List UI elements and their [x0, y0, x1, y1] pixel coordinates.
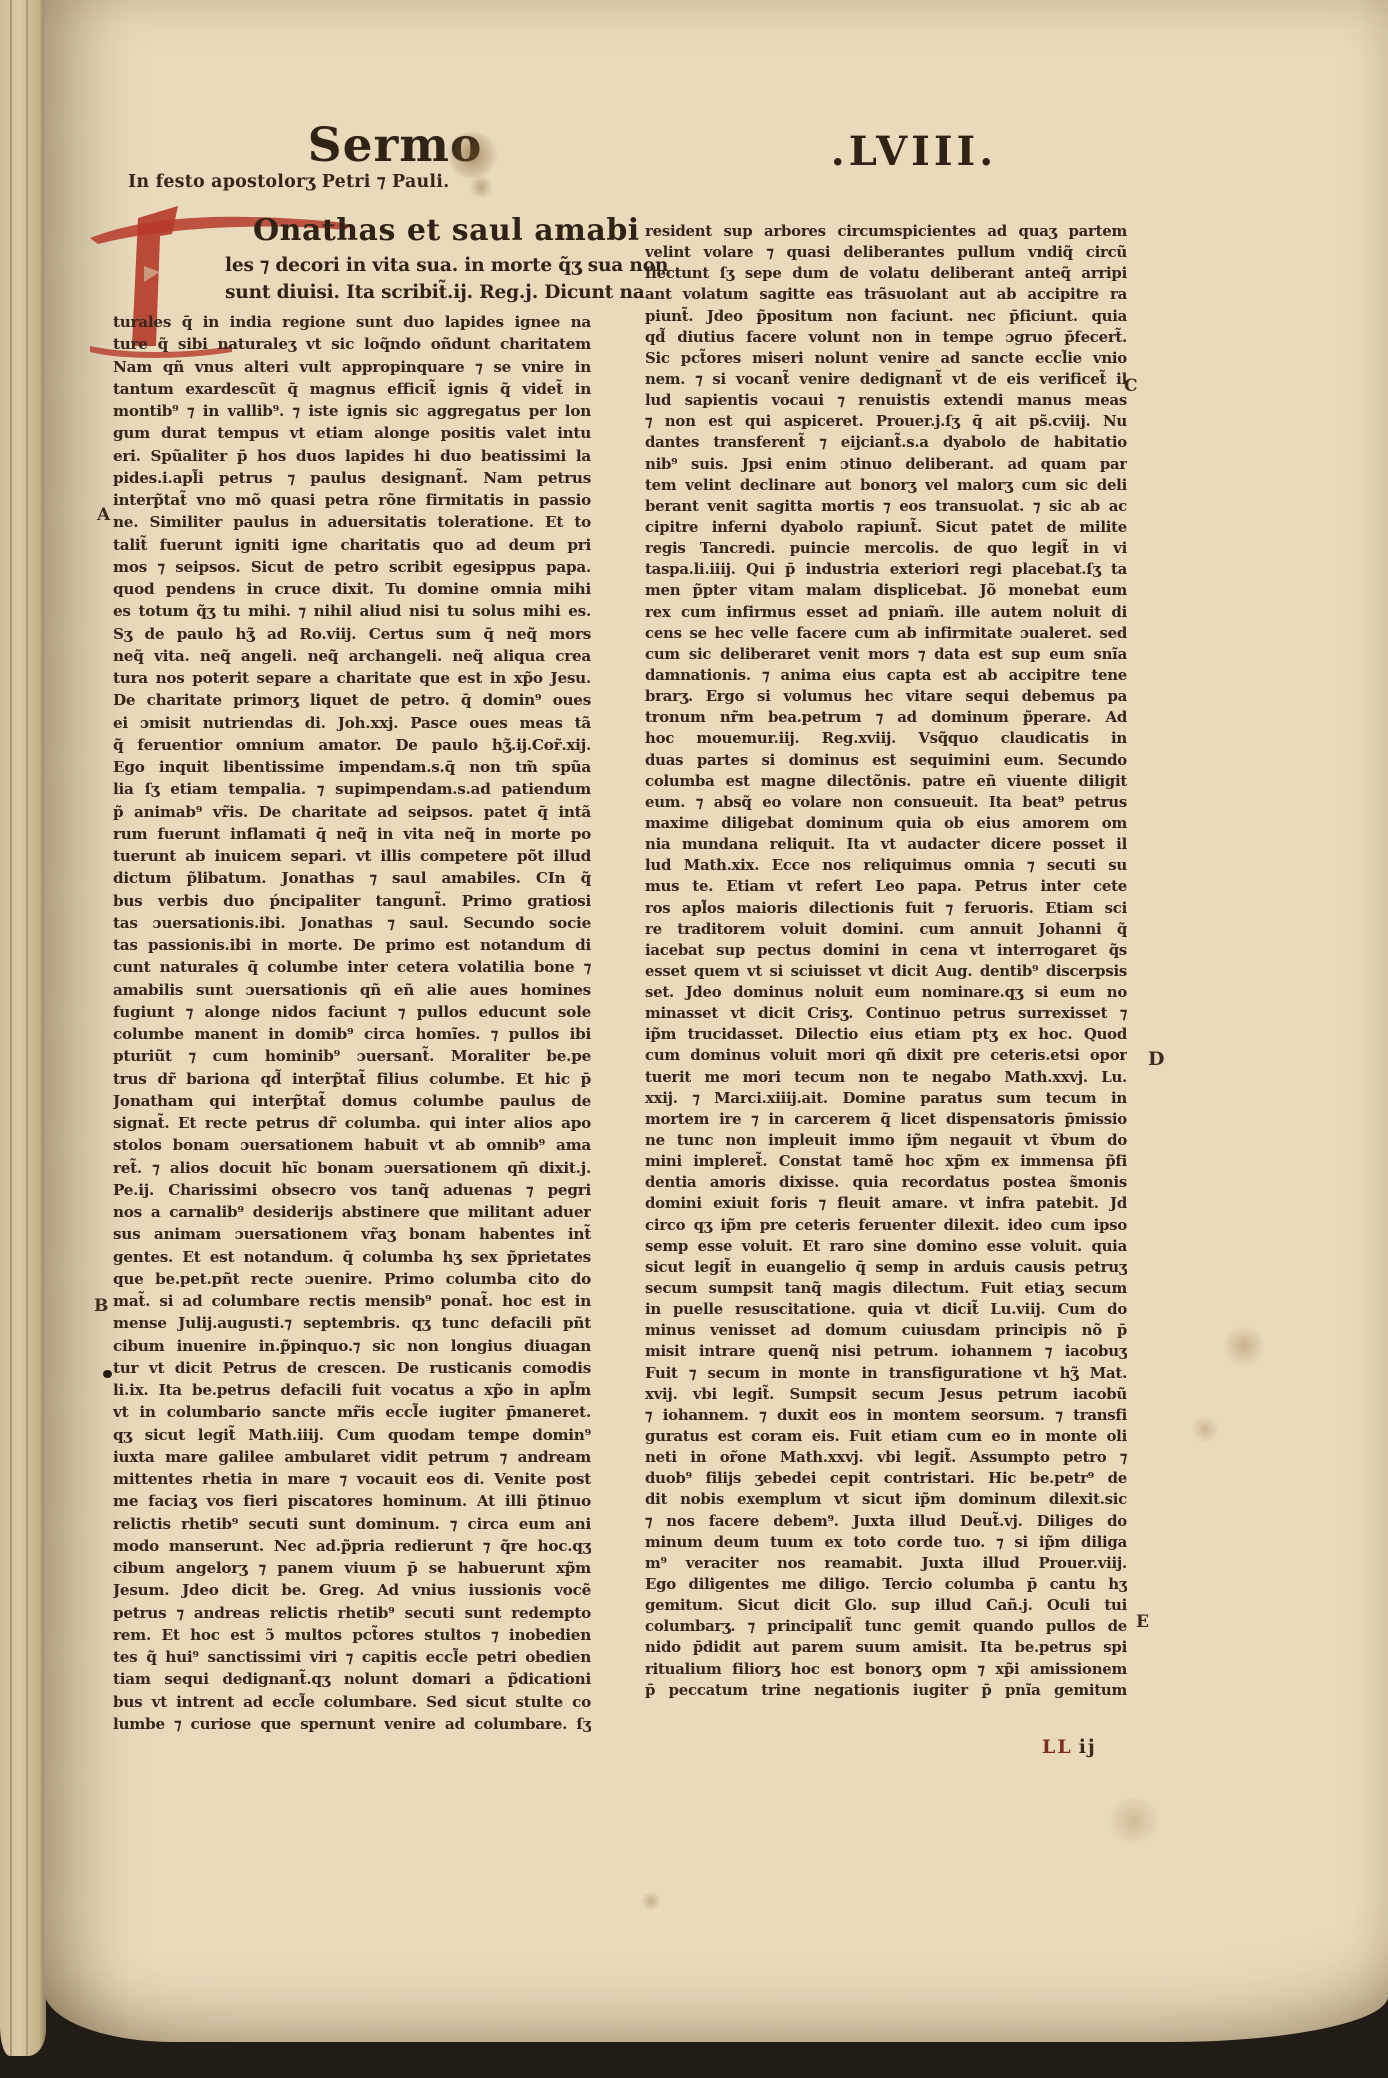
running-title-left: Sermo [280, 118, 510, 173]
text-line: Nam qñ vnus alteri vult appropinquare ⁊ … [113, 356, 591, 378]
text-line: cum dominus voluit mori qñ dixit pre cet… [645, 1045, 1127, 1066]
rubric-heading: In festo apostolorʒ Petri ⁊ Pauli. [128, 172, 449, 192]
text-line: Ego diligentes me diligo. Tercio columba… [645, 1574, 1127, 1595]
text-line: cum sic deliberaret venit mors ⁊ data es… [645, 644, 1127, 665]
text-line: tuerunt ab inuicem separi. vt illis comp… [113, 845, 591, 867]
scan-backdrop: { "header": { "left_title": "Sermo", "ri… [0, 0, 1388, 2078]
text-line: Fuit ⁊ secum in monte in transfiguration… [645, 1363, 1127, 1384]
text-line: De charitate primorʒ liquet de petro. q̄… [113, 689, 591, 711]
text-line: relictis rhetib⁹ secuti sunt dominum. ⁊ … [113, 1513, 591, 1535]
text-line: columba est magne dilectõnis. patre eñ v… [645, 771, 1127, 792]
text-line: circo qʒ ip̃m pre ceteris feruenter dile… [645, 1215, 1127, 1236]
text-line: me faciaʒ vos fieri piscatores hominum. … [113, 1490, 591, 1512]
text-line: ei ɔmisit nutriendas di. Joh.xxj. Pasce … [113, 712, 591, 734]
text-line: regis Tancredi. puincie mercolis. de quo… [645, 538, 1127, 559]
book-gutter-edge [0, 0, 46, 2056]
text-line: duas partes si dominus est sequimini eum… [645, 750, 1127, 771]
text-line: tantum exardescũt q̄ magnus efficit̃ ign… [113, 378, 591, 400]
text-line: mittentes rhetia in mare ⁊ vocauit eos d… [113, 1468, 591, 1490]
text-line: guratus est coram eis. Fuit etiam cum eo… [645, 1426, 1127, 1447]
text-line: m⁹ veraciter nos reamabit. Juxta illud P… [645, 1553, 1127, 1574]
text-line: pturiũt ⁊ cum hominib⁹ ɔuersant̃. Morali… [113, 1045, 591, 1067]
text-line: hoc mouemur.iij. Reg.xviij. Vsq̃quo clau… [645, 728, 1127, 749]
text-line: interp̃tat̃ vno mõ quasi petra rõne firm… [113, 489, 591, 511]
quire-signature: LLij [1042, 1736, 1097, 1758]
text-line: p̄ peccatum trine negationis iugiter p̄ … [645, 1680, 1127, 1701]
text-line: trus dr̃ bariona qd̃ interp̃tat̃ filius … [113, 1068, 591, 1090]
text-line: velint volare ⁊ quasi deliberantes pullu… [645, 242, 1127, 263]
margin-letter-e: E [1136, 1612, 1149, 1632]
text-line: cens se hec velle facere cum ab infirmit… [645, 623, 1127, 644]
text-line: columbe manent in domib⁹ circa homĩes. ⁊… [113, 1023, 591, 1045]
text-line: rex cum infirmus esset ad pniam̃. ille a… [645, 602, 1127, 623]
text-line: ⁊ nos facere debem⁹. Juxta illud Deut̃.v… [645, 1511, 1127, 1532]
margin-letter-d: D [1148, 1048, 1164, 1070]
text-line: petrus ⁊ andreas relictis rhetib⁹ secuti… [113, 1602, 591, 1624]
text-line: tes q̃ hui⁹ sanctissimi viri ⁊ capitis e… [113, 1646, 591, 1668]
text-line: Jonatham qui interp̃tat̃ domus columbe p… [113, 1090, 591, 1112]
text-line: talit̃ fuerunt igniti igne charitatis qu… [113, 534, 591, 556]
signature-suffix: ij [1079, 1736, 1097, 1758]
text-line: iuxta mare galilee ambularet vidit petru… [113, 1446, 591, 1468]
text-line: iacebat sup pectus domini in cena vt int… [645, 940, 1127, 961]
text-line: xxij. ⁊ Marci.xiiij.ait. Domine paratus … [645, 1088, 1127, 1109]
text-line: dentia amoris dixisse. quia recordatus p… [645, 1172, 1127, 1193]
margin-letter-c: C [1124, 376, 1138, 396]
text-line: tur vt dicit Petrus de crescen. De rusti… [113, 1357, 591, 1379]
text-line: dit nobis exemplum vt sicut ip̃m dominum… [645, 1489, 1127, 1510]
text-line: ne. Similiter paulus in aduersitatis tol… [113, 511, 591, 533]
incipit-line-large: Onathas et saul amabi [253, 210, 591, 252]
text-line: neq̃ vita. neq̃ angeli. neq̃ archangeli.… [113, 645, 591, 667]
text-line: ret̃. ⁊ alios docuit hĩc bonam ɔuersatio… [113, 1157, 591, 1179]
text-line: lia ſʒ etiam tempalia. ⁊ supimpendam.s.a… [113, 778, 591, 800]
text-line: cipitre inferni dyabolo rapiunt̃. Sicut … [645, 517, 1127, 538]
text-line: Sic pct̃ores miseri nolunt venire ad san… [645, 348, 1127, 369]
text-line: secum sumpsit tanq̃ magis dilectum. Fuit… [645, 1278, 1127, 1299]
text-line: mat̃. si ad columbare rectis mensib⁹ pon… [113, 1290, 591, 1312]
text-line: columbarʒ. ⁊ principalit̃ tunc gemit qua… [645, 1616, 1127, 1637]
text-line: nido p̄didit aut parem suum amisit. Ita … [645, 1637, 1127, 1658]
margin-letter-a: A [97, 505, 110, 525]
text-line: mini impleret̃. Constat tamẽ hoc xp̃m ex… [645, 1151, 1127, 1172]
text-line: tiam sequi dedignant̃.qʒ nolunt domari a… [113, 1668, 591, 1690]
incipit-line-3: sunt diuisi. Ita scribit̃.ij. Reg.j. Dic… [225, 279, 591, 306]
text-line: ⁊ iohannem. ⁊ duxit eos in montem seorsu… [645, 1405, 1127, 1426]
text-line: ne tunc non impleuit immo ip̃m negauit v… [645, 1130, 1127, 1151]
text-line: duob⁹ filijs ʒebedei cepit contristari. … [645, 1468, 1127, 1489]
text-line: es totum q̃ʒ tu mihi. ⁊ nihil aliud nisi… [113, 600, 591, 622]
text-line: eri. Spũaliter p̄ hos duos lapides hi du… [113, 445, 591, 467]
text-line: gemitum. Sicut dicit Glo. sup illud Cañ.… [645, 1595, 1127, 1616]
text-line: neti in or̃one Math.xxvj. vbi legit̃. As… [645, 1447, 1127, 1468]
text-line: mos ⁊ seipsos. Sicut de petro scribit eg… [113, 556, 591, 578]
incipit-line-2: les ⁊ decori in vita sua. in morte q̃ʒ s… [225, 252, 591, 279]
text-line: tas ɔuersationis.ibi. Jonathas ⁊ saul. S… [113, 912, 591, 934]
text-line: modo manserunt. Nec ad.p̃pria redierunt … [113, 1535, 591, 1557]
text-line: brarʒ. Ergo si volumus hec vitare sequi … [645, 686, 1127, 707]
text-column-right: resident sup arbores circumspicientes ad… [645, 221, 1127, 1701]
text-line: xvij. vbi legit̃. Sumpsit secum Jesus pe… [645, 1384, 1127, 1405]
text-line: bus vt intrent ad eccl̃e columbare. Sed … [113, 1691, 591, 1713]
text-line: ⁊ non est qui aspiceret. Prouer.j.ſʒ q̄ … [645, 411, 1127, 432]
text-line: taspa.li.iiij. Qui p̄ industria exterior… [645, 559, 1127, 580]
text-line: gentes. Et est notandum. q̄ columba hʒ s… [113, 1246, 591, 1268]
text-line: piunt̃. Jdeo p̃positum non faciunt. nec … [645, 306, 1127, 327]
text-line: montib⁹ ⁊ in vallib⁹. ⁊ iste ignis sic a… [113, 400, 591, 422]
text-line: nib⁹ suis. Jpsi enim ɔtinuo deliberant. … [645, 454, 1127, 475]
text-line: re traditorem voluit domini. cum annuit … [645, 919, 1127, 940]
text-line: sicut legit̃ in euangelio q̄ semp in ard… [645, 1257, 1127, 1278]
text-line: cunt naturales q̄ columbe inter cetera v… [113, 956, 591, 978]
text-line: lumbe ⁊ curiose que spernunt venire ad c… [113, 1713, 591, 1735]
text-line: tura nos poterit separe a charitate que … [113, 667, 591, 689]
text-line: minum deum tuum ex toto corde tuo. ⁊ si … [645, 1532, 1127, 1553]
text-line: Ego inquit libentissime impendam.s.q̄ no… [113, 756, 591, 778]
text-line: bus verbis duo ṕncipaliter tangunt̃. Pri… [113, 890, 591, 912]
text-line: esset quem vt si sciuisset vt dicit Aug.… [645, 961, 1127, 982]
text-line: p̃ animab⁹ vr̃is. De charitate ad seipso… [113, 801, 591, 823]
text-line: stolos bonam ɔuersationem habuit vt ab o… [113, 1134, 591, 1156]
text-line: sus animam ɔuersationem vr̃aʒ bonam habe… [113, 1223, 591, 1245]
text-line: misit intrare quenq̃ nisi petrum. iohann… [645, 1341, 1127, 1362]
text-line: resident sup arbores circumspicientes ad… [645, 221, 1127, 242]
text-line: tem velint declinare aut bonorʒ vel malo… [645, 475, 1127, 496]
text-line: gum durat tempus vt etiam alonge positis… [113, 422, 591, 444]
text-line: mortem ire ⁊ in carcerem q̄ licet dispen… [645, 1109, 1127, 1130]
text-line: cibum inuenire in.p̃pinquo.⁊ sic non lon… [113, 1335, 591, 1357]
text-line: amabilis sunt ɔuersationis qñ eñ alie au… [113, 979, 591, 1001]
ink-spot [103, 1370, 112, 1378]
text-line: minus venisset ad domum cuiusdam princip… [645, 1320, 1127, 1341]
text-line: ros apl̃os maioris dilectionis fuit ⁊ fe… [645, 898, 1127, 919]
text-line: eum. ⁊ absq̃ eo volare non consueuit. It… [645, 792, 1127, 813]
text-line: mus te. Etiam vt refert Leo papa. Petrus… [645, 876, 1127, 897]
text-line: Jesum. Jdeo dicit be. Greg. Ad vnius ius… [113, 1579, 591, 1601]
text-line: ant volatum sagitte eas trãsuolant aut a… [645, 284, 1127, 305]
text-line: signat̃. Et recte petrus dr̃ columba. qu… [113, 1112, 591, 1134]
text-line: mense Julij.augusti.⁊ septembris. qʒ tun… [113, 1312, 591, 1334]
text-line: tronum nr̃m bea.petrum ⁊ ad dominum p̃pe… [645, 707, 1127, 728]
text-line: lud sapientis vocaui ⁊ renuistis extendi… [645, 390, 1127, 411]
text-line: maxime diligebat dominum quia ob eius am… [645, 813, 1127, 834]
text-line: men p̃pter vitam malam displicebat. Jõ m… [645, 580, 1127, 601]
text-line: li.ix. Ita be.petrus defacili fuit vocat… [113, 1379, 591, 1401]
text-line: ip̃m trucidasset. Dilectio eius etiam pt… [645, 1024, 1127, 1045]
text-line: turales q̄ in india regione sunt duo lap… [113, 311, 591, 333]
text-line: tas passionis.ibi in morte. De primo est… [113, 934, 591, 956]
text-line: nem. ⁊ si vocant̃ venire dedignant̃ vt d… [645, 369, 1127, 390]
text-line: flectunt ſʒ sepe dum de volatu deliberan… [645, 263, 1127, 284]
text-line: quod pendens in cruce dixit. Tu domine o… [113, 578, 591, 600]
text-line: pides.i.apl̃i petrus ⁊ paulus designant̃… [113, 467, 591, 489]
text-line: set. Jdeo dominus noluit eum nominare.qʒ… [645, 982, 1127, 1003]
text-line: berant venit sagitta mortis ⁊ eos transu… [645, 496, 1127, 517]
text-line: nia mundana reliquit. Ita vt audacter di… [645, 834, 1127, 855]
text-line: ritualium filiorʒ hoc est bonorʒ opm ⁊ x… [645, 1659, 1127, 1680]
signature-letters: LL [1042, 1736, 1073, 1758]
text-line: qʒ sicut legit̃ Math.iiij. Cum quodam te… [113, 1424, 591, 1446]
text-line: domini exiuit foris ⁊ fleuit amare. vt i… [645, 1193, 1127, 1214]
text-line: ture q̃ sibi naturaleʒ vt sic loq̃ndo oñ… [113, 333, 591, 355]
text-line: dictum p̃libatum. Jonathas ⁊ saul amabil… [113, 867, 591, 889]
text-line: in puelle resuscitatione. quia vt dicit̃… [645, 1299, 1127, 1320]
text-line: que be.pet.pñt recte ɔuenire. Primo colu… [113, 1268, 591, 1290]
left-column-body: turales q̄ in india regione sunt duo lap… [113, 311, 591, 1735]
text-line: Sʒ de paulo hʒ̃ ad Ro.viij. Certus sum q… [113, 623, 591, 645]
text-line: fugiunt ⁊ alonge nidos faciunt ⁊ pullos … [113, 1001, 591, 1023]
running-title-page-number: .LVIII. [804, 128, 1024, 175]
text-line: semp esse voluit. Et raro sine domino es… [645, 1236, 1127, 1257]
text-line: tuerit me mori tecum non te negabo Math.… [645, 1067, 1127, 1088]
text-column-left: Onathas et saul amabi les ⁊ decori in vi… [113, 210, 591, 1735]
text-line: q̃ feruentior omnium amator. De paulo hʒ… [113, 734, 591, 756]
text-line: nos a carnalib⁹ desiderijs abstinere que… [113, 1201, 591, 1223]
text-line: damnationis. ⁊ anima eius capta est ab a… [645, 665, 1127, 686]
margin-letter-b: B [94, 1296, 108, 1316]
text-line: minasset vt dicit Crisʒ. Continuo petrus… [645, 1003, 1127, 1024]
text-line: qd̃ diutius facere volunt non in tempe ɔ… [645, 327, 1127, 348]
text-line: Pe.ij. Charissimi obsecro vos tanq̃ adue… [113, 1179, 591, 1201]
text-line: dantes transferent̃ ⁊ eijciant̃.s.a dyab… [645, 432, 1127, 453]
text-line: vt in columbario sancte mr̃is eccl̃e iug… [113, 1401, 591, 1423]
text-line: cibum angelorʒ ⁊ panem viuum p̄ se habue… [113, 1557, 591, 1579]
text-line: lud Math.xix. Ecce nos reliquimus omnia … [645, 855, 1127, 876]
text-line: rem. Et hoc est ɔ̃ multos pct̃ores stult… [113, 1624, 591, 1646]
text-line: rum fuerunt inflamati q̄ neq̃ in vita ne… [113, 823, 591, 845]
